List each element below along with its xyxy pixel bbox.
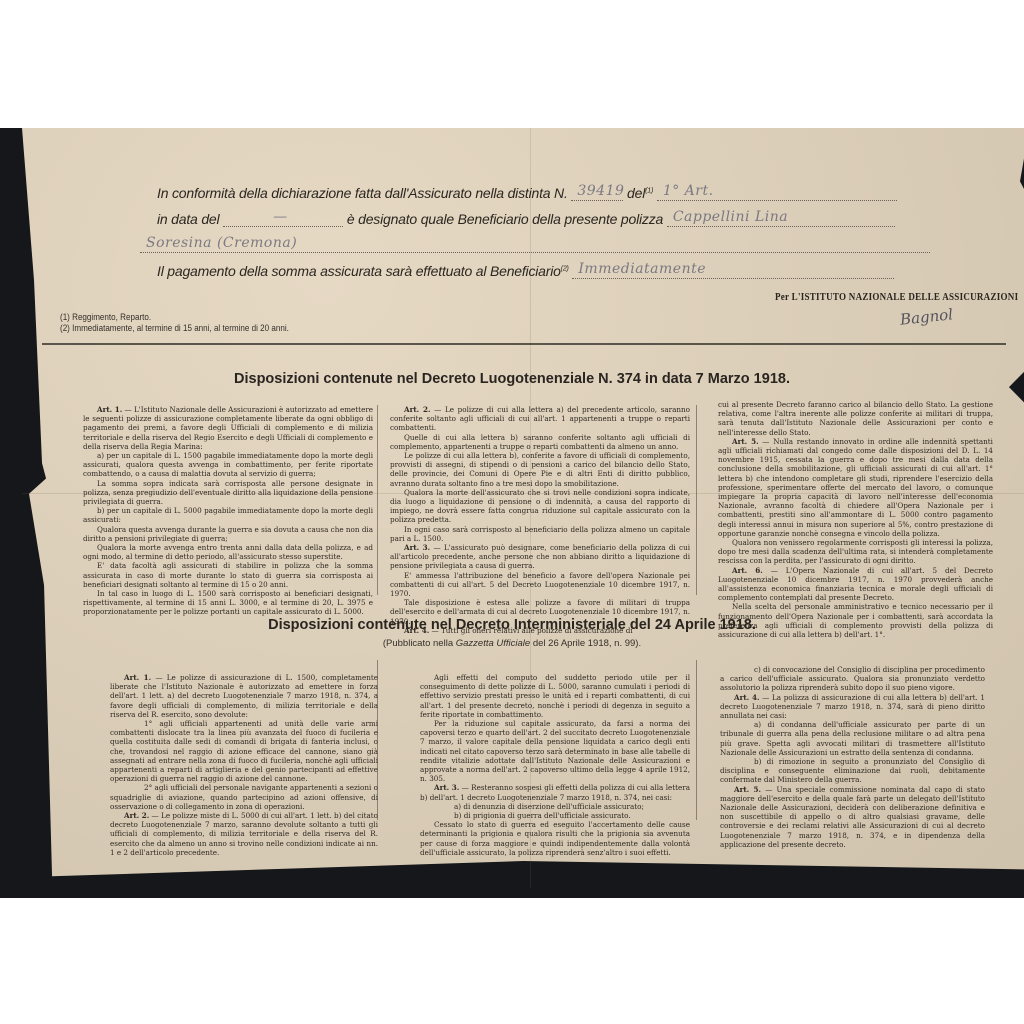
paragraph: In ogni caso sarà corrisposto al benefic… [390,525,690,543]
paragraph: a) di condanna dell'ufficiale assicurato… [720,720,985,757]
footnote-2: (2) Immediatamente, al termine di 15 ann… [60,323,289,334]
paragraph: La somma sopra indicata sarà corrisposta… [83,479,373,507]
paragraph: In tal caso in luogo di L. 1500 sarà cor… [83,589,373,617]
column-divider [696,660,697,820]
subtitle-gazzetta: Gazzetta Ufficiale [456,638,530,649]
article-paragraph: Art. 1. — L'Istituto Nazionale delle Ass… [83,405,373,451]
paragraph: Quelle di cui alla lettera b) saranno co… [390,433,690,451]
paragraph: b) per un capitale di L. 5000 pagabile i… [83,506,373,524]
section2-column-2: Agli effetti del computo del suddetto pe… [420,673,690,857]
article-text: a) di condanna dell'ufficiale assicurato… [720,720,985,757]
article-text: In tal caso in luogo di L. 1500 sarà cor… [83,589,373,616]
paragraph: Qualora la morte dell'assicurato che si … [390,488,690,525]
paragraph: Qualora la morte avvenga entro trenta an… [83,543,373,561]
article-paragraph: Art. 5. — Una speciale commissione nomin… [720,785,985,849]
article-text: — Le polizze miste di L. 5000 di cui all… [110,811,378,857]
paragraph: a) di denunzia di diserzione dell'uffici… [420,802,690,811]
article-text: cui al presente Decreto faranno carico a… [718,400,993,437]
article-number: Art. 2. [124,811,149,820]
article-paragraph: Art. 3. — Resteranno sospesi gli effetti… [420,783,690,801]
header-divider [42,343,1006,345]
distinta-number-field: 39419 [571,184,623,201]
footnote-1: (1) Reggimento, Reparto. [60,312,151,323]
article-text: Per la riduzione sul capitale assicurato… [420,719,690,783]
column-divider [377,405,378,595]
paragraph: Le polizze di cui alla lettera b), confe… [390,451,690,488]
article-number: Art. 5. [734,785,761,794]
article-text: c) di convocazione del Consiglio di disc… [720,665,985,692]
paragraph: E' data facoltà agli assicurati di stabi… [83,561,373,589]
paragraph: b) di rimozione in seguito a pronunziato… [720,757,985,785]
article-paragraph: Art. 1. — Le polizze di assicurazione di… [110,673,378,719]
article-text: — Nulla restando innovato in ordine alle… [718,437,993,538]
article-number: Art. 5. [732,437,759,446]
article-text: Qualora non venissero regolarmente corri… [718,538,993,565]
subtitle-prefix: (Pubblicato nella [383,638,456,649]
paragraph: Agli effetti del computo del suddetto pe… [420,673,690,719]
reparto-field: 1° Art. [657,184,897,201]
article-text: Quelle di cui alla lettera b) saranno co… [390,433,690,451]
article-text: La somma sopra indicata sarà corrisposta… [83,479,373,506]
section2-title: Disposizioni contenute nel Decreto Inter… [0,617,1024,633]
data-field: — [223,210,343,227]
article-paragraph: Art. 2. — Le polizze di cui alla lettera… [390,405,690,433]
article-text: — L'Istituto Nazionale delle Assicurazio… [83,405,373,451]
paragraph: 1° agli ufficiali appartenenti ad unità … [110,719,378,783]
article-text: Cessato lo stato di guerra ed eseguito l… [420,820,690,857]
form-line-distinta: In conformità della dichiarazione fatta … [157,184,897,201]
article-number: Art. 4. [734,693,760,702]
article-text: b) di rimozione in seguito a pronunziato… [720,757,985,784]
article-paragraph: Art. 5. — Nulla restando innovato in ord… [718,437,993,538]
paragraph: Qualora questa avvenga durante la guerra… [83,525,373,543]
form-line-beneficiario: in data del — è designato quale Benefici… [157,210,895,227]
footnote-ref-1: (1) [645,187,653,194]
article-text: Agli effetti del computo del suddetto pe… [420,673,690,719]
article-text: — La polizza di assicurazione di cui all… [720,693,985,720]
section1-column-2: Art. 2. — Le polizze di cui alla lettera… [390,405,690,635]
beneficiario-label: è designato quale Beneficiario della pre… [347,211,663,227]
beneficiary-place-handwritten: Soresina (Cremona) [146,235,297,251]
del-label: del [627,185,645,201]
data-handwritten: — [273,209,288,225]
payment-mode-handwritten: Immediatamente [578,261,706,277]
form-line-place: Soresina (Cremona) [140,236,930,253]
article-text: a) per un capitale di L. 1500 pagabile i… [83,451,373,478]
footnote-ref-2: (2) [561,265,569,272]
article-paragraph: Art. 3. — L'assicurato può designare, co… [390,543,690,571]
article-text: — Resteranno sospesi gli effetti della p… [420,783,690,801]
article-text: 2° agli ufficiali del personale navigant… [110,783,378,810]
article-paragraph: Art. 6. — L'Opera Nazionale di cui all'a… [718,566,993,603]
issuer-label: Per L'ISTITUTO NAZIONALE DELLE ASSICURAZ… [775,292,1018,303]
form-line-pagamento: Il pagamento della somma assicurata sarà… [157,262,894,279]
section1-title: Disposizioni contenute nel Decreto Luogo… [0,371,1024,387]
paragraph: b) di prigionia di guerra dell'ufficiale… [420,811,690,820]
reparto-handwritten: 1° Art. [663,183,714,199]
payment-mode-field: Immediatamente [572,262,894,279]
distinta-label: In conformità della dichiarazione fatta … [157,185,568,201]
article-text: b) per un capitale di L. 5000 pagabile i… [83,506,373,524]
article-number: Art. 2. [404,405,431,414]
beneficiary-name-handwritten: Cappellini Lina [673,209,788,225]
paragraph: 2° agli ufficiali del personale navigant… [110,783,378,811]
article-number: Art. 1. [124,673,151,682]
article-text: b) di prigionia di guerra dell'ufficiale… [454,811,631,820]
paragraph: Qualora non venissero regolarmente corri… [718,538,993,566]
article-text: E' ammessa l'attribuzione del beneficio … [390,571,690,598]
article-paragraph: Art. 4. — La polizza di assicurazione di… [720,693,985,721]
distinta-number-handwritten: 39419 [577,183,624,199]
article-text: — Le polizze di assicurazione di L. 1500… [110,673,378,719]
article-text: Qualora la morte dell'assicurato che si … [390,488,690,525]
article-text: 1° agli ufficiali appartenenti ad unità … [110,719,378,783]
column-divider [696,405,697,595]
pagamento-label: Il pagamento della somma assicurata sarà… [157,263,561,279]
article-text: In ogni caso sarà corrisposto al benefic… [390,525,690,543]
article-text: Qualora questa avvenga durante la guerra… [83,525,373,543]
paragraph: E' ammessa l'attribuzione del beneficio … [390,571,690,599]
paragraph: a) per un capitale di L. 1500 pagabile i… [83,451,373,479]
paragraph: Cessato lo stato di guerra ed eseguito l… [420,820,690,857]
section2-column-3: c) di convocazione del Consiglio di disc… [720,665,985,849]
paragraph: c) di convocazione del Consiglio di disc… [720,665,985,693]
article-text: a) di denunzia di diserzione dell'uffici… [454,802,644,811]
section2-column-1: Art. 1. — Le polizze di assicurazione di… [110,673,378,857]
article-number: Art. 1. [97,405,122,414]
section2-subtitle: (Pubblicato nella Gazzetta Ufficiale del… [0,638,1024,649]
subtitle-suffix: del 26 Aprile 1918, n. 99). [530,638,641,649]
paragraph: cui al presente Decreto faranno carico a… [718,400,993,437]
section1-column-1: Art. 1. — L'Istituto Nazionale delle Ass… [83,405,373,617]
article-number: Art. 3. [404,543,430,552]
column-divider [377,660,378,820]
section1-column-3: cui al presente Decreto faranno carico a… [718,400,993,639]
data-del-label: in data del [157,211,219,227]
article-text: Qualora la morte avvenga entro trenta an… [83,543,373,561]
beneficiary-place-field: Soresina (Cremona) [140,236,930,253]
article-number: Art. 6. [732,566,763,575]
article-text: E' data facoltà agli assicurati di stabi… [83,561,373,588]
article-text: — L'assicurato può designare, come benef… [390,543,690,570]
article-number: Art. 3. [434,783,459,792]
article-text: Le polizze di cui alla lettera b), confe… [390,451,690,488]
article-text: — Una speciale commissione nominata dal … [720,785,985,849]
article-text: — Le polizze di cui alla lettera a) del … [390,405,690,432]
beneficiary-name-field: Cappellini Lina [667,210,895,227]
paragraph: Per la riduzione sul capitale assicurato… [420,719,690,783]
article-paragraph: Art. 2. — Le polizze miste di L. 5000 di… [110,811,378,857]
